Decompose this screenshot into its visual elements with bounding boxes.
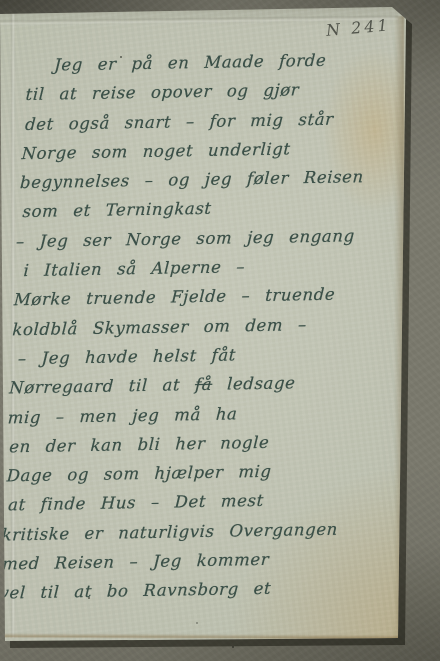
paper-speck — [88, 597, 90, 599]
line-text: i Italien så Alperne – — [23, 257, 246, 280]
line-text: Jeg er på en Maade forde — [54, 51, 327, 75]
mat-speck — [232, 646, 234, 648]
letter-paper: N 241 Jeg er på en Maade forde til at re… — [0, 0, 440, 661]
line-pre: Nørregaard til at — [9, 375, 196, 397]
line-text: som et Terningkast — [22, 199, 212, 221]
line-text: en der kan bli her nogle — [9, 433, 270, 457]
paper-speck — [120, 56, 122, 58]
paper-speck — [196, 622, 198, 624]
struck-word: få — [195, 375, 213, 394]
line-text: Dage og som hjælper mig — [6, 462, 272, 486]
line-text: begynnelses – og jeg føler Reisen — [20, 167, 365, 192]
line-text: vel til at bo Ravnsborg et — [0, 579, 272, 603]
handwriting-block: Jeg er på en Maade forde til at reise op… — [0, 44, 416, 608]
line-text: med Reisen – Jeg kommer — [2, 550, 270, 574]
line-text: – Jeg havde helst fåt — [17, 345, 236, 368]
line-text: mig – men jeg må ha — [7, 404, 238, 427]
line-text: – Jeg ser Norge som jeg engang — [16, 226, 356, 251]
line-text: Norge som noget underligt — [21, 139, 291, 163]
line-text: kritiske er naturligvis Overgangen — [1, 519, 338, 544]
line-text: Mørke truende Fjelde – truende — [13, 285, 335, 310]
line-text: koldblå Skymasser om dem – — [12, 315, 307, 339]
scanned-letter-page: N 241 Jeg er på en Maade forde til at re… — [0, 0, 440, 661]
line-text: til at reise opover og gjør — [25, 81, 300, 105]
line-text: at finde Hus – Det mest — [8, 491, 265, 514]
line-text: det også snart – for mig står — [25, 109, 335, 133]
line-post: ledsage — [212, 374, 296, 394]
